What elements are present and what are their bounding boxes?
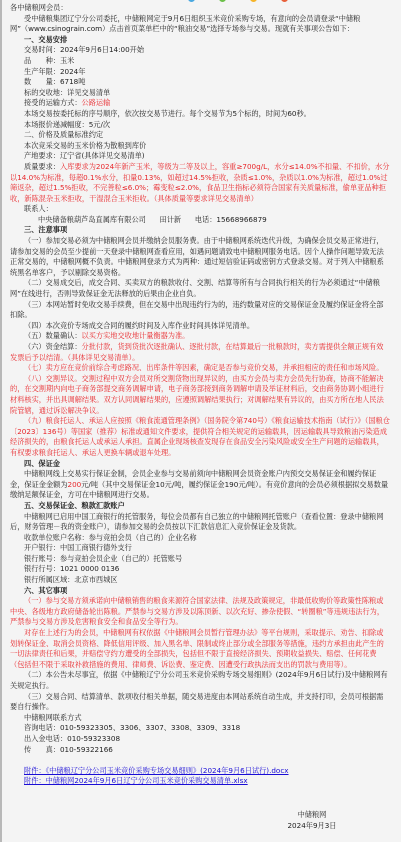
- section-2-title: 二、价格及质量标准约定: [10, 130, 390, 141]
- fax-number: 传 真：010-59322166: [10, 745, 390, 756]
- section-5-title: 五、交易保证金、粮款汇款账户: [10, 501, 390, 512]
- contact-company: 中央储备粮葫芦岛直属库有限公司: [38, 215, 146, 224]
- notice-item-6-label: （六）资金结算：: [24, 342, 82, 351]
- transport-mode: 接受的运输方式：公路运输: [10, 98, 390, 109]
- bank-region: 银行所属区域：北京市西城区: [10, 575, 390, 586]
- notice-item-3: （三）本网站暂时免收交易手续费，但在交易中出现违约行为的，违约数量对应的交易保证…: [10, 300, 390, 321]
- funds-phone: 出入金电话：010-59323308: [10, 734, 390, 745]
- delivery-place: 标的交收地：详见交易清单: [10, 88, 390, 99]
- attachment-link-list[interactable]: 附件：中储粮网2024年9月6日辽宁分公司玉米竞价采购交易清单.xlsx: [24, 776, 248, 785]
- other-item-1: （一）参与交易方须承诺向中储粮销售的粮食来源符合国家法律、法规及政策规定，非最低…: [10, 596, 390, 628]
- quality-value: 入库要求为2024年新产玉米，等级为二等及以上，容重≥700g/L，水分≤14.…: [10, 162, 389, 203]
- contacts-title: 中储粮网联系方式: [10, 713, 390, 724]
- page-left-border: [0, 0, 2, 842]
- contact-line: 中央储备粮葫芦岛直属库有限公司 田计新 电话：15668966879: [10, 215, 390, 226]
- notice-item-7: （七）卖方应在竞价前综合考虑路况、出库条件等因素，确定是否参与竞价交易，并承担相…: [10, 363, 390, 374]
- contact-label: 联系人：: [10, 204, 390, 215]
- production-year: 生产年限：2024年: [10, 67, 390, 78]
- contact-name: 田计新: [160, 215, 182, 224]
- notice-item-5-label: （五）数量确认：: [24, 331, 82, 340]
- signature-block: 中储粮网 2024年9月3日: [282, 810, 342, 831]
- signature-date: 2024年9月3日: [282, 821, 342, 832]
- bank-name: 开户银行：中国工商银行德外支行: [10, 543, 390, 554]
- dot-green: [219, 0, 226, 2]
- dot-blue: [188, 0, 195, 2]
- transport-label: 接受的运输方式：: [24, 98, 82, 107]
- section-6-title: 六、其它事项: [10, 586, 390, 597]
- consult-phone: 咨询电话：010-59323305、3306、3307、3308、3309、33…: [10, 723, 390, 734]
- trade-order: 本场交易按委托标的序号顺序，依次按交易节进行。每个交易节为5个标的，时间为60秒…: [10, 109, 390, 120]
- quantity: 数 量：6718吨: [10, 77, 390, 88]
- bank-code: 银行行号：1021 0000 0136: [10, 564, 390, 575]
- notice-item-1: （一）参加交易必须为中储粮网会员并缴纳会员服务费。由于中储粮网系统迭代升级，为确…: [10, 236, 390, 278]
- trade-time: 交易时间：2024年9月6日14:00开始: [10, 45, 390, 56]
- section-3-title: 三、注意事项: [10, 225, 390, 236]
- greeting: 各中储粮网会员：: [10, 3, 390, 14]
- variety: 品 种：玉米: [10, 56, 390, 67]
- dot-orange: [281, 0, 288, 2]
- attachment-1-row: 附件：《中储粮辽宁分公司玉米竞价采购专场交易细则》(2024年9月6日试行).d…: [10, 766, 390, 777]
- notice-item-5-value: 以买方实地交收地计量衡器为准。: [82, 331, 190, 340]
- attachment-2-row: 附件：中储粮网2024年9月6日辽宁分公司玉米竞价采购交易清单.xlsx: [10, 776, 390, 787]
- notice-item-4: （四）本次竞价专场成交合同的履约时间及入库作业时间具体详见清单。: [10, 321, 390, 332]
- price-step: 本场报价递减幅度：5元/次: [10, 120, 390, 131]
- escrow-paragraph: 中储粮网已启用中国工商银行的托管服务，每位会员都有自己独立的中储粮网托管账户（查…: [10, 512, 390, 533]
- payee-name: 收款单位账户名称：参与竞拍会员（自己的）企业名称: [10, 533, 390, 544]
- notice-item-9: （九）粮食托运人、承运人应按照《粮食流通管理条例》（国务院令第740号）《粮食运…: [10, 416, 390, 458]
- quality-label: 质量要求：: [24, 162, 60, 171]
- attachment-link-rules[interactable]: 附件：《中储粮辽宁分公司玉米竞价采购专场交易细则》(2024年9月6日试行).d…: [24, 766, 289, 775]
- spacer: [10, 755, 390, 766]
- section-4-title: 四、保证金: [10, 459, 390, 470]
- notice-item-8: （八）交割异议。交割过程中双方会员对所交割货物出现异议的，由买方会员与卖方会员先…: [10, 374, 390, 416]
- announcement-body: 各中储粮网会员： 受中储粮集团辽宁分公司委托，中储粮网定于9月6日组织玉米竞价采…: [10, 3, 390, 787]
- top-decoration: [188, 0, 288, 2]
- bank-account: 银行账号：参与竞拍会员企业（自己的）托管账号: [10, 554, 390, 565]
- other-item-1-continued: 对存在上述行为的会员，中储粮网有权依据《中储粮网会员暂行管理办法》等平台规则，采…: [10, 628, 390, 670]
- notice-item-5: （五）数量确认：以买方实地交收地计量衡器为准。: [10, 331, 390, 342]
- other-item-3: （三）交易合同、结算清单、款项收付相关单据，随交易进度由本网站系统自动生成，并支…: [10, 692, 390, 713]
- transport-value: 公路运输: [82, 98, 111, 107]
- contact-phone: 电话：15668966879: [195, 215, 267, 224]
- deposit-paragraph: 中储粮网线上交易实行保证金制，会员企业参与交易前须向中储粮网会员资金账户内预交交…: [10, 469, 390, 501]
- deposit-amount: 200: [68, 480, 82, 489]
- price-basis: 本次竞采交易的玉米价格为散粮到库价: [10, 141, 390, 152]
- section-1-title: 一、交易安排: [10, 35, 390, 46]
- origin-requirement: 产地要求：辽宁省(具体详见交易清单): [10, 151, 390, 162]
- signature-org: 中储粮网: [282, 810, 342, 821]
- intro-paragraph: 受中储粮集团辽宁分公司委托，中储粮网定于9月6日组织玉米竞价采购专场，有意向的会…: [10, 14, 390, 35]
- notice-item-6: （六）资金结算：分批付款，货到货批次逐批确认、逐批付款，在结算最后一批粮款时，卖…: [10, 342, 390, 363]
- notice-item-2: （二）交易成交后，成交合同、买卖双方的粮款收付、交割、结算等所有与合同执行相关的…: [10, 278, 390, 299]
- other-item-2: （二）本公告未尽事宜，依据《中储粮辽宁分公司玉米竞价采购专场交易细则》(2024…: [10, 670, 390, 691]
- quality-requirement: 质量要求：入库要求为2024年新产玉米，等级为二等及以上，容重≥700g/L，水…: [10, 162, 390, 204]
- dot-yellow: [250, 0, 257, 2]
